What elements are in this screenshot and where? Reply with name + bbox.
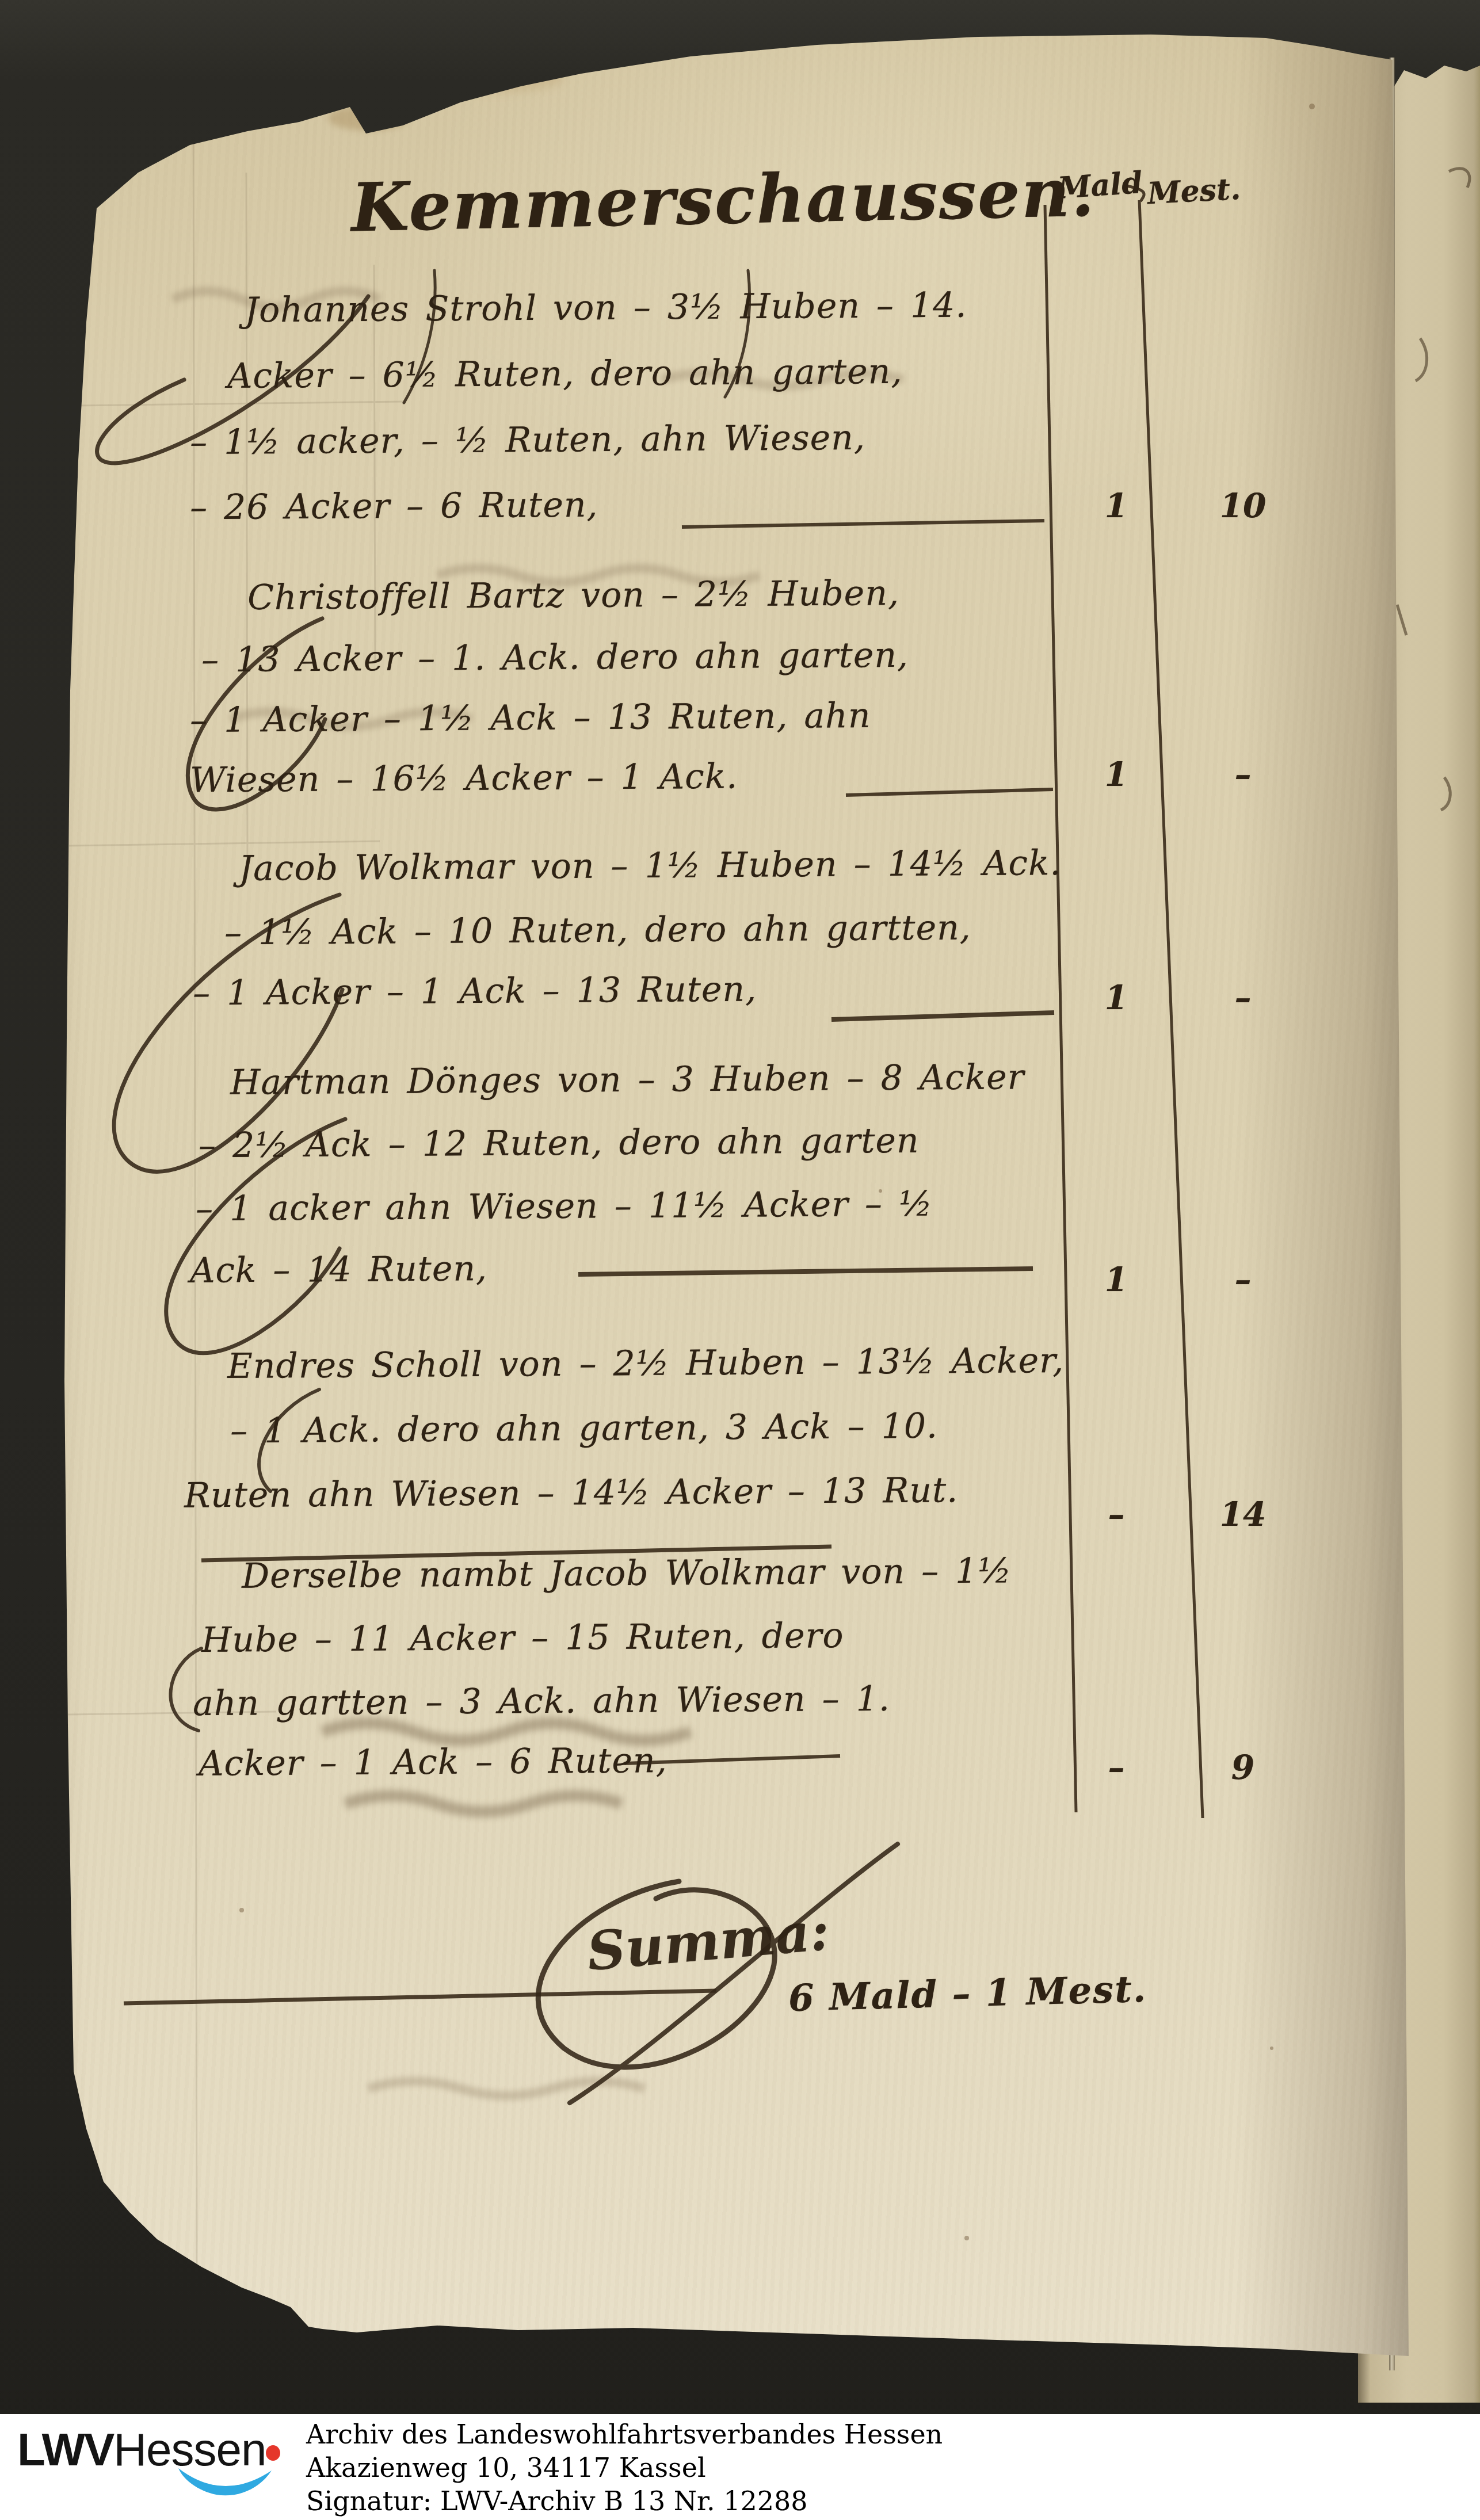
entry-6-line-3: ahn gartten – 3 Ack. ahn Wiesen – 1. (193, 1679, 890, 1724)
scanned-manuscript: Kemmerschaussen. Mald Mest. Johannes Str… (0, 0, 1480, 2520)
entry-3-line-2: – 1½ Ack – 10 Ruten, dero ahn gartten, (224, 907, 971, 953)
entry-5-mald-value: – (1082, 1495, 1151, 1534)
entry-6-line-4: Acker – 1 Ack – 6 Ruten, (199, 1740, 667, 1784)
summa-value: 6 Mald – 1 Mest. (788, 1968, 1147, 2020)
entry-5-line-1: Endres Scholl von – 2½ Huben – 13½ Acker… (227, 1341, 1065, 1387)
entry-5-line-2: – 1 Ack. dero ahn garten, 3 Ack – 10. (230, 1406, 939, 1452)
entry-4-mald-value: 1 (1082, 1260, 1151, 1299)
entry-6-mest-value: 9 (1203, 1748, 1283, 1787)
entry-2-line-3: – 1 Acker – 1½ Ack – 13 Ruten, ahn (190, 696, 871, 740)
manuscript-page: Kemmerschaussen. Mald Mest. Johannes Str… (0, 0, 1421, 2416)
entry-2-line-2: – 13 Acker – 1. Ack. dero ahn garten, (201, 635, 909, 681)
logo-red-dot-icon (266, 2445, 280, 2461)
entry-2-mald-value: 1 (1082, 755, 1151, 794)
column-header-mald: Mald (1056, 165, 1143, 206)
entry-1-line-3: – 1½ acker, – ½ Ruten, ahn Wiesen, (190, 418, 865, 463)
entry-3-mest-value: – (1203, 978, 1283, 1017)
entry-1-line-2: Acker – 6½ Ruten, dero ahn garten, (227, 352, 903, 396)
entry-3-mald-value: 1 (1082, 978, 1151, 1017)
entry-2-mest-value: – (1203, 755, 1283, 794)
entry-3-line-3: – 1 Acker – 1 Ack – 13 Ruten, (193, 969, 757, 1014)
entry-2-line-1: Christoffell Bartz von – 2½ Huben, (247, 573, 899, 618)
column-header-mest: Mest. (1147, 171, 1242, 211)
entry-1-mald-value: 1 (1082, 486, 1151, 525)
entry-6-line-1: Derselbe nambt Jacob Wolkmar von – 1½ (242, 1551, 1012, 1596)
page-title: Kemmerschaussen. (350, 153, 1096, 247)
entry-1-line-4: – 26 Acker – 6 Ruten, (190, 485, 598, 528)
entry-6-line-2: Hube – 11 Acker – 15 Ruten, dero (201, 1616, 844, 1660)
entry-4-mest-value: – (1203, 1260, 1283, 1299)
entry-4-line-2: – 2½ Ack – 12 Ruten, dero ahn garten (199, 1121, 920, 1166)
footer-archive-name: Archiv des Landeswohlfahrtsverbandes Hes… (306, 2419, 943, 2450)
entry-4-line-4: Ack – 14 Ruten, (190, 1248, 487, 1291)
entry-3-line-1: Jacob Wolkmar von – 1½ Huben – 14½ Ack. (239, 843, 1062, 889)
entry-4-line-1: Hartman Dönges von – 3 Huben – 8 Acker (230, 1057, 1025, 1103)
entry-1-mest-value: 10 (1203, 486, 1283, 525)
entry-5-mest-value: 14 (1203, 1495, 1283, 1534)
footer-address: Akazienweg 10, 34117 Kassel (306, 2452, 706, 2483)
entry-2-line-4: Wiesen – 16½ Acker – 1 Ack. (190, 757, 738, 801)
logo-text-bold: LWV (17, 2424, 113, 2475)
footer-signatur: Signatur: LWV-Archiv B 13 Nr. 12288 (306, 2485, 808, 2517)
entry-5-line-3: Ruten ahn Wiesen – 14½ Acker – 13 Rut. (184, 1470, 959, 1515)
entry-6-mald-value: – (1082, 1748, 1151, 1787)
entry-1-line-1: Johannes Strohl von – 3½ Huben – 14. (245, 285, 967, 331)
logo-swoosh-icon (173, 2464, 279, 2504)
summa-label: Summa: (585, 1900, 831, 1983)
entry-4-line-3: – 1 acker ahn Wiesen – 11½ Acker – ½ (196, 1184, 933, 1230)
